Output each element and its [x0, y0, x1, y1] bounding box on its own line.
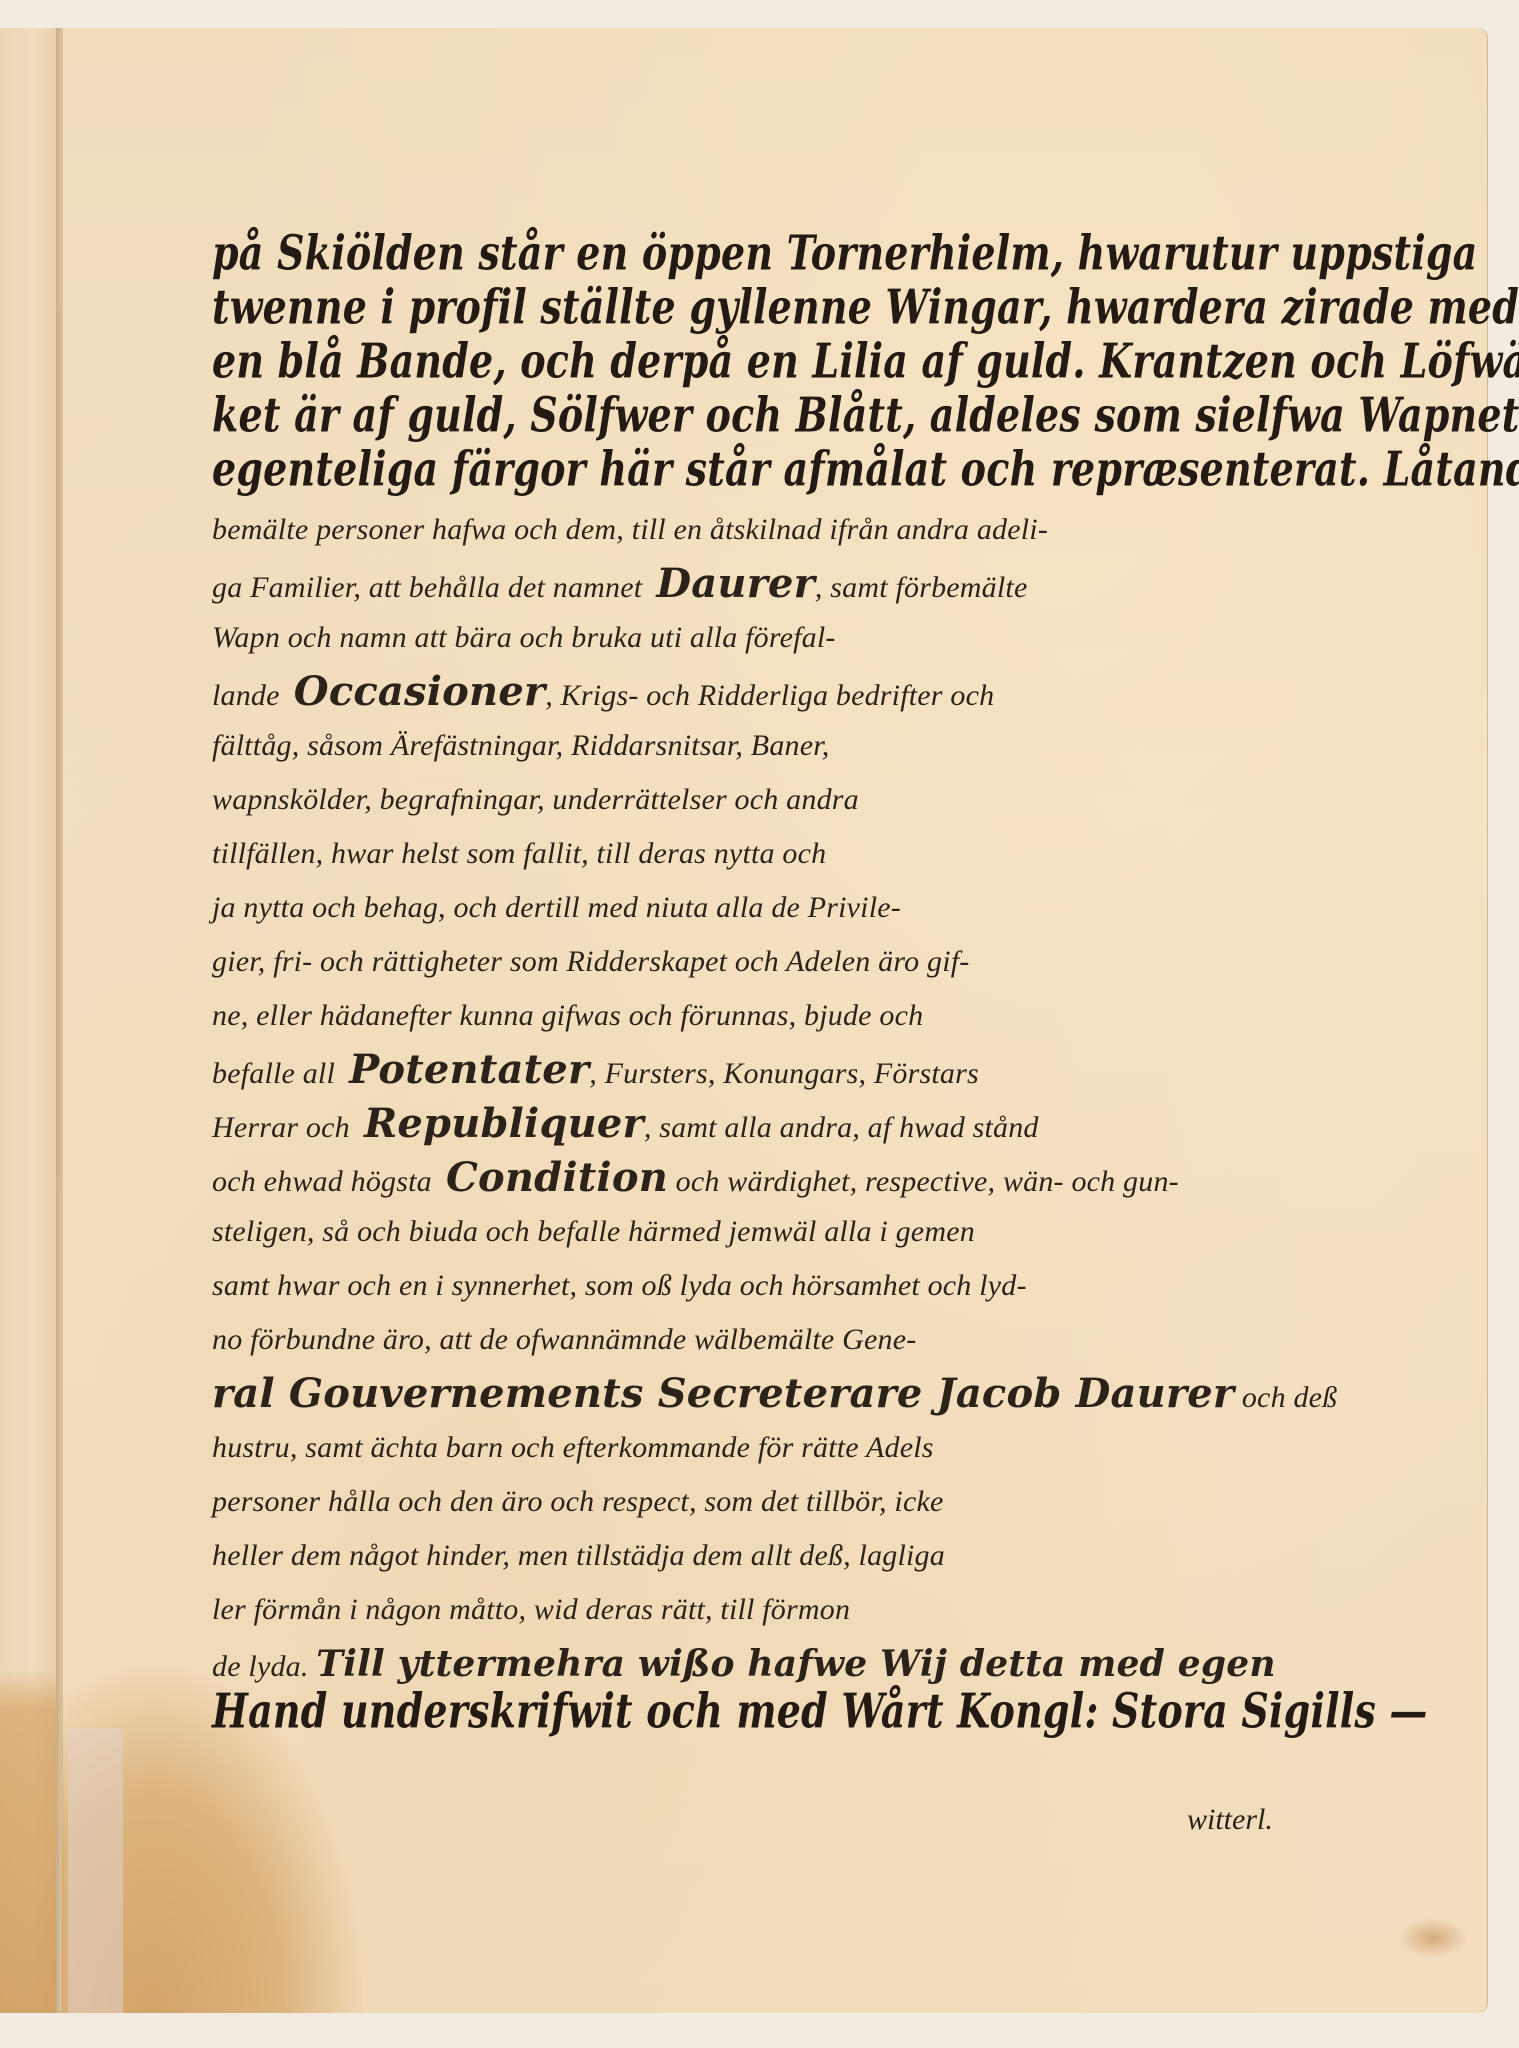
- closing-word: witterl.: [1187, 1803, 1273, 1837]
- manuscript-line: steligen, så och biuda och befalle härme…: [212, 1205, 1352, 1259]
- line-text: ja nytta och behag, och dertill med niut…: [212, 891, 901, 924]
- line-text-after: , Krigs- och Ridderliga bedrifter och: [545, 679, 994, 712]
- line-text-after: , samt förbemälte: [815, 571, 1028, 604]
- line-text-after: och wärdighet, respective, wän- och gun-: [668, 1165, 1179, 1198]
- line-text: och ehwad högsta: [212, 1165, 432, 1198]
- water-stain-facing: [0, 1668, 56, 2013]
- line-text: samt hwar och en i synnerhet, som oß lyd…: [212, 1269, 1027, 1302]
- pale-margin-band: [68, 1728, 123, 2013]
- manuscript-line: fälttåg, såsom Ärefästningar, Riddarsnit…: [212, 719, 1352, 773]
- line-text: Wapn och namn att bära och bruka uti all…: [212, 621, 836, 654]
- manuscript-line: ne, eller hädanefter kunna gifwas och fö…: [212, 989, 1352, 1043]
- facing-page-edge: [0, 28, 57, 2013]
- manuscript-line: personer hålla och den äro och respect, …: [212, 1475, 1352, 1529]
- manuscript-text: på Skiölden står en öppen Tornerhielm, h…: [212, 233, 1352, 1745]
- manuscript-line: befalle all Potentater, Fursters, Konung…: [212, 1043, 1352, 1097]
- emphasized-word: Occasioner: [280, 668, 546, 715]
- line-text: personer hålla och den äro och respect, …: [212, 1485, 944, 1518]
- line-text: en blå Bande, och derpå en Lilia af guld…: [212, 333, 1519, 389]
- line-text-after: , Fursters, Konungars, Förstars: [589, 1057, 979, 1090]
- line-text: wapnskölder, begrafningar, underrättelse…: [212, 783, 859, 816]
- manuscript-line: Wapn och namn att bära och bruka uti all…: [212, 611, 1352, 665]
- line-text: ler förmån i någon måtto, wid deras rätt…: [212, 1593, 850, 1626]
- line-text: gier, fri- och rättigheter som Ridderska…: [212, 945, 970, 978]
- manuscript-line: wapnskölder, begrafningar, underrättelse…: [212, 773, 1352, 827]
- emphasized-word: Condition: [432, 1154, 668, 1201]
- manuscript-line: gier, fri- och rättigheter som Ridderska…: [212, 935, 1352, 989]
- manuscript-line: egenteliga färgor här står afmålat och r…: [212, 436, 1352, 504]
- manuscript-line: Hand underskrifwit och med Wårt Kongl: S…: [212, 1678, 1352, 1746]
- manuscript-line: ral Gouvernements Secreterare Jacob Daur…: [212, 1367, 1352, 1421]
- manuscript-line: tillfällen, hwar helst som fallit, till …: [212, 827, 1352, 881]
- line-text: bemälte personer hafwa och dem, till en …: [212, 513, 1048, 546]
- corner-stain: [1398, 1918, 1468, 1958]
- manuscript-line: bemälte personer hafwa och dem, till en …: [212, 503, 1352, 557]
- manuscript-line: heller dem något hinder, men tillstädja …: [212, 1529, 1352, 1583]
- line-text: fälttåg, såsom Ärefästningar, Riddarsnit…: [212, 729, 829, 762]
- manuscript-line: hustru, samt ächta barn och efterkommand…: [212, 1421, 1352, 1475]
- manuscript-page: på Skiölden står en öppen Tornerhielm, h…: [62, 28, 1488, 2013]
- line-text: ga Familier, att behålla det namnet: [212, 571, 642, 604]
- line-text-after: och deß: [1234, 1381, 1337, 1414]
- manuscript-line: samt hwar och en i synnerhet, som oß lyd…: [212, 1259, 1352, 1313]
- emphasized-word: Republiquer: [350, 1100, 644, 1147]
- line-text: Hand underskrifwit och med Wårt Kongl: S…: [212, 1683, 1428, 1739]
- line-text: heller dem något hinder, men tillstädja …: [212, 1539, 945, 1572]
- manuscript-line: ga Familier, att behålla det namnet Daur…: [212, 557, 1352, 611]
- line-text: twenne i profil ställte gyllenne Wingar,…: [212, 279, 1519, 335]
- manuscript-line: och ehwad högsta Condition och wärdighet…: [212, 1151, 1352, 1205]
- manuscript-line: ja nytta och behag, och dertill med niut…: [212, 881, 1352, 935]
- line-text: hustru, samt ächta barn och efterkommand…: [212, 1431, 934, 1464]
- line-text: Herrar och: [212, 1111, 350, 1144]
- line-text: lande: [212, 679, 280, 712]
- line-text: ket är af guld, Sölfwer och Blått, aldel…: [212, 387, 1519, 443]
- emphasized-word: Daurer: [642, 560, 815, 607]
- line-text: ne, eller hädanefter kunna gifwas och fö…: [212, 999, 923, 1032]
- manuscript-line: no förbundne äro, att de ofwannämnde wäl…: [212, 1313, 1352, 1367]
- manuscript-line: ler förmån i någon måtto, wid deras rätt…: [212, 1583, 1352, 1637]
- line-text-after: , samt alla andra, af hwad stånd: [644, 1111, 1039, 1144]
- line-text: på Skiölden står en öppen Tornerhielm, h…: [212, 225, 1477, 281]
- manuscript-line: lande Occasioner, Krigs- och Ridderliga …: [212, 665, 1352, 719]
- emphasized-word: ral Gouvernements Secreterare Jacob Daur…: [212, 1370, 1234, 1417]
- line-text: egenteliga färgor här står afmålat och r…: [212, 441, 1519, 497]
- line-text: tillfällen, hwar helst som fallit, till …: [212, 837, 826, 870]
- line-text: no förbundne äro, att de ofwannämnde wäl…: [212, 1323, 916, 1356]
- line-text: steligen, så och biuda och befalle härme…: [212, 1215, 975, 1248]
- manuscript-line: Herrar och Republiquer, samt alla andra,…: [212, 1097, 1352, 1151]
- emphasized-word: Potentater: [335, 1046, 589, 1093]
- line-text: befalle all: [212, 1057, 335, 1090]
